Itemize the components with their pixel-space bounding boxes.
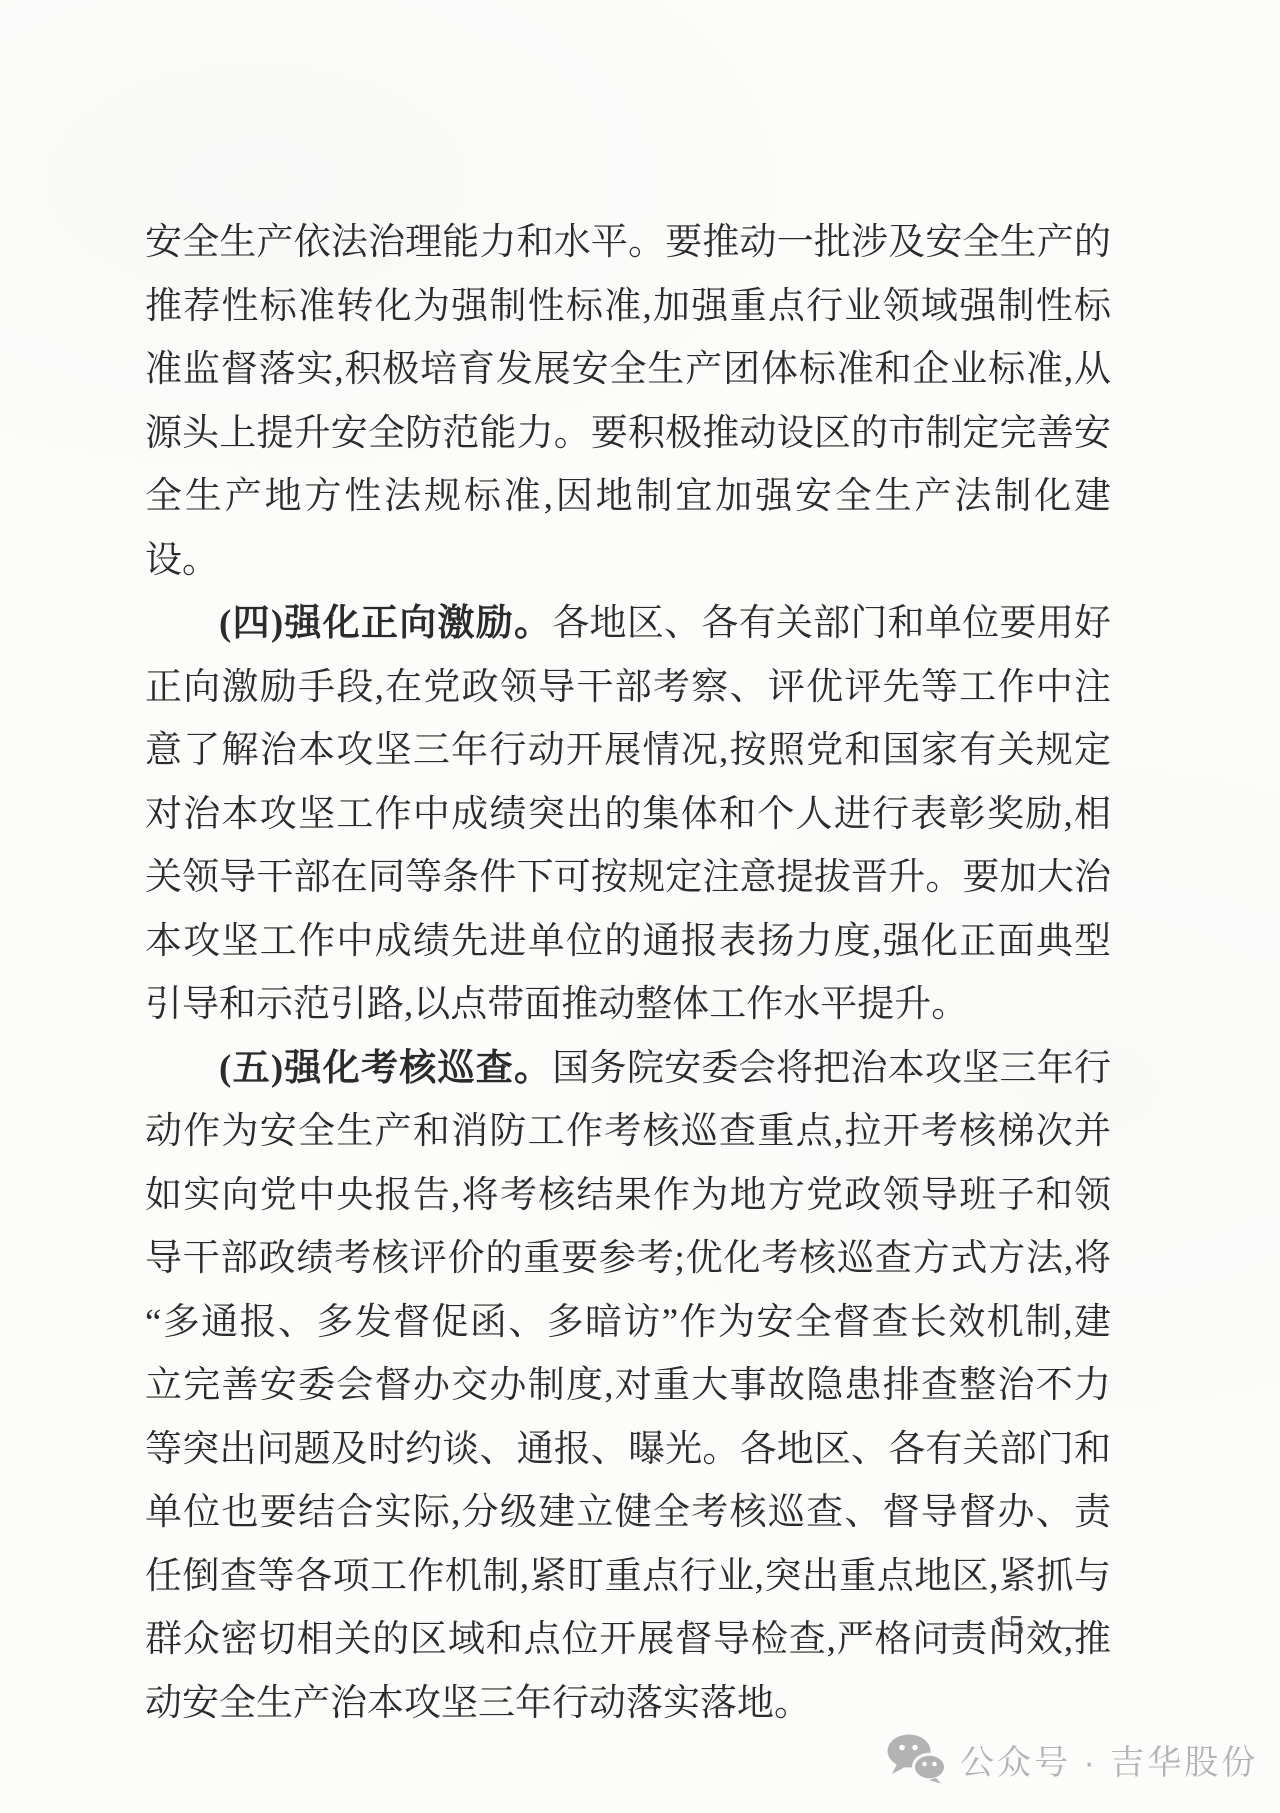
paragraph-section-4: (四)强化正向激励。各地区、各有关部门和单位要用好正向激励手段,在党政领导干部考… [145,592,1111,1037]
paragraph-text: 各地区、各有关部门和单位要用好正向激励手段,在党政领导干部考察、评优评先等工作中… [145,603,1111,1025]
watermark-text: 公众号 · 吉华股份 [960,1735,1258,1784]
wechat-watermark: 公众号 · 吉华股份 [886,1734,1258,1784]
paragraph-text: 安全生产依法治理能力和水平。要推动一批涉及安全生产的推荐性标准转化为强制性标准,… [145,222,1111,581]
section-lead: (四)强化正向激励。 [219,603,552,644]
page-number-dash-right: — [1045,1609,1083,1643]
page-number-dash-left: — [934,1609,972,1643]
body-text: 安全生产依法治理能力和水平。要推动一批涉及安全生产的推荐性标准转化为强制性标准,… [145,211,1111,1735]
section-lead: (五)强化考核巡查。 [219,1048,552,1089]
page-number: — 15 — [938,1608,1079,1644]
wechat-icon [886,1734,948,1784]
paragraph-continuation: 安全生产依法治理能力和水平。要推动一批涉及安全生产的推荐性标准转化为强制性标准,… [145,211,1111,592]
page-number-value: 15 [993,1608,1024,1644]
